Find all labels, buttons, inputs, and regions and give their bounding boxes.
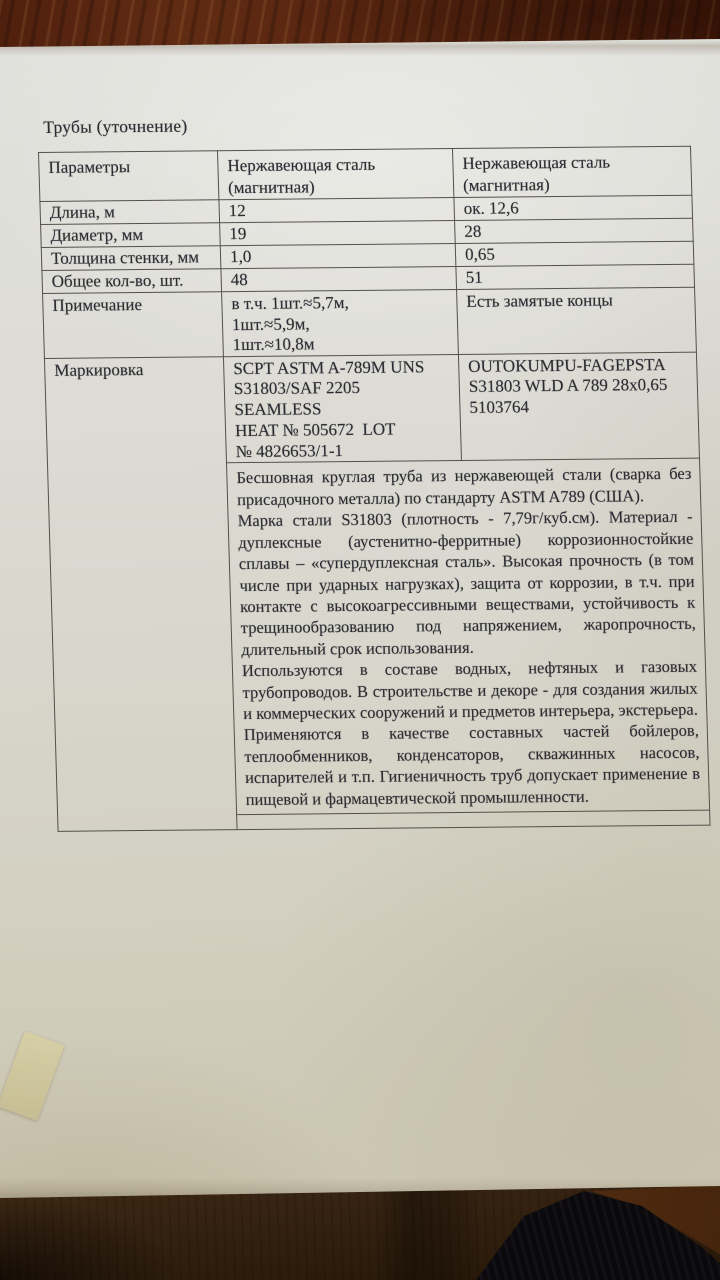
note-steel-1: в т.ч. 1шт.≈5,7м, 1шт.≈5,9м, 1шт.≈10,8м — [222, 289, 459, 356]
marking-line: S31803 WLD A 789 28x0,65 — [469, 375, 690, 398]
description-paragraph: Бесшовная круглая труба из нержавеющей с… — [236, 463, 692, 510]
marking-line: SCPT ASTM A-789M UNS — [233, 357, 451, 380]
value-steel-2: 51 — [456, 264, 695, 289]
document-content: Трубы (уточнение) Параметры Нержавеющая … — [0, 0, 720, 1280]
param-label: Толщина стенки, мм — [41, 246, 221, 271]
param-label: Длина, м — [40, 200, 220, 225]
header-cell-steel-2: Нержавеющая сталь (магнитная) — [452, 146, 691, 197]
description-paragraph: Используются в составе водных, нефтяных … — [242, 656, 699, 725]
marking-steel-2: OUTOKUMPU-FAGEPSTA S31803 WLD A 789 28x0… — [458, 352, 699, 461]
param-label: Общее кол-во, шт. — [42, 269, 222, 294]
header-row: Параметры Нержавеющая сталь (магнитная) … — [39, 146, 692, 201]
value-steel-2: ок. 12,6 — [454, 195, 693, 220]
value-steel-1: 19 — [220, 221, 456, 246]
description-paragraph: Применяются в качестве составных частей … — [244, 720, 701, 810]
note-line: 1шт.≈10,8м — [232, 333, 450, 356]
header-cell-parameters: Параметры — [39, 151, 219, 202]
description-cell: Бесшовная круглая труба из нержавеющей с… — [227, 459, 710, 815]
note-steel-2: Есть замятые концы — [457, 287, 697, 354]
header-cell-steel-1: Нержавеющая сталь (магнитная) — [218, 149, 454, 200]
value-steel-1: 48 — [221, 266, 457, 291]
param-label: Примечание — [43, 292, 224, 358]
note-line: 1шт.≈5,9м, — [232, 313, 450, 336]
param-label: Диаметр, мм — [41, 223, 221, 248]
photo-scene: Трубы (уточнение) Параметры Нержавеющая … — [0, 0, 720, 1280]
marking-line: OUTOKUMPU-FAGEPSTA — [468, 354, 689, 377]
value-steel-2: 0,65 — [455, 241, 694, 266]
value-steel-1: 12 — [219, 198, 455, 223]
param-label-marking: Маркировка — [44, 356, 237, 832]
empty-cell — [237, 811, 710, 831]
marking-steel-1: SCPT ASTM A-789M UNS S31803/SAF 2205 SEA… — [223, 354, 461, 463]
pipe-spec-table: Параметры Нержавеющая сталь (магнитная) … — [38, 146, 711, 833]
note-line: в т.ч. 1шт.≈5,7м, — [231, 292, 449, 315]
description-paragraph: Марка стали S31803 (плотность - 7,79г/ку… — [237, 506, 696, 660]
table-row-marking: Маркировка SCPT ASTM A-789M UNS S31803/S… — [44, 352, 699, 465]
marking-line: S31803/SAF 2205 SEAMLESS — [234, 377, 452, 421]
document-title: Трубы (уточнение) — [43, 116, 188, 138]
table-row-note: Примечание в т.ч. 1шт.≈5,7м, 1шт.≈5,9м, … — [43, 287, 697, 358]
value-steel-2: 28 — [455, 218, 694, 243]
marking-line: HEAT № 505672 LOT — [235, 419, 453, 442]
value-steel-1: 1,0 — [220, 243, 456, 268]
marking-line: № 4826653/1-1 — [235, 440, 453, 463]
marking-line: 5103764 — [469, 396, 690, 419]
